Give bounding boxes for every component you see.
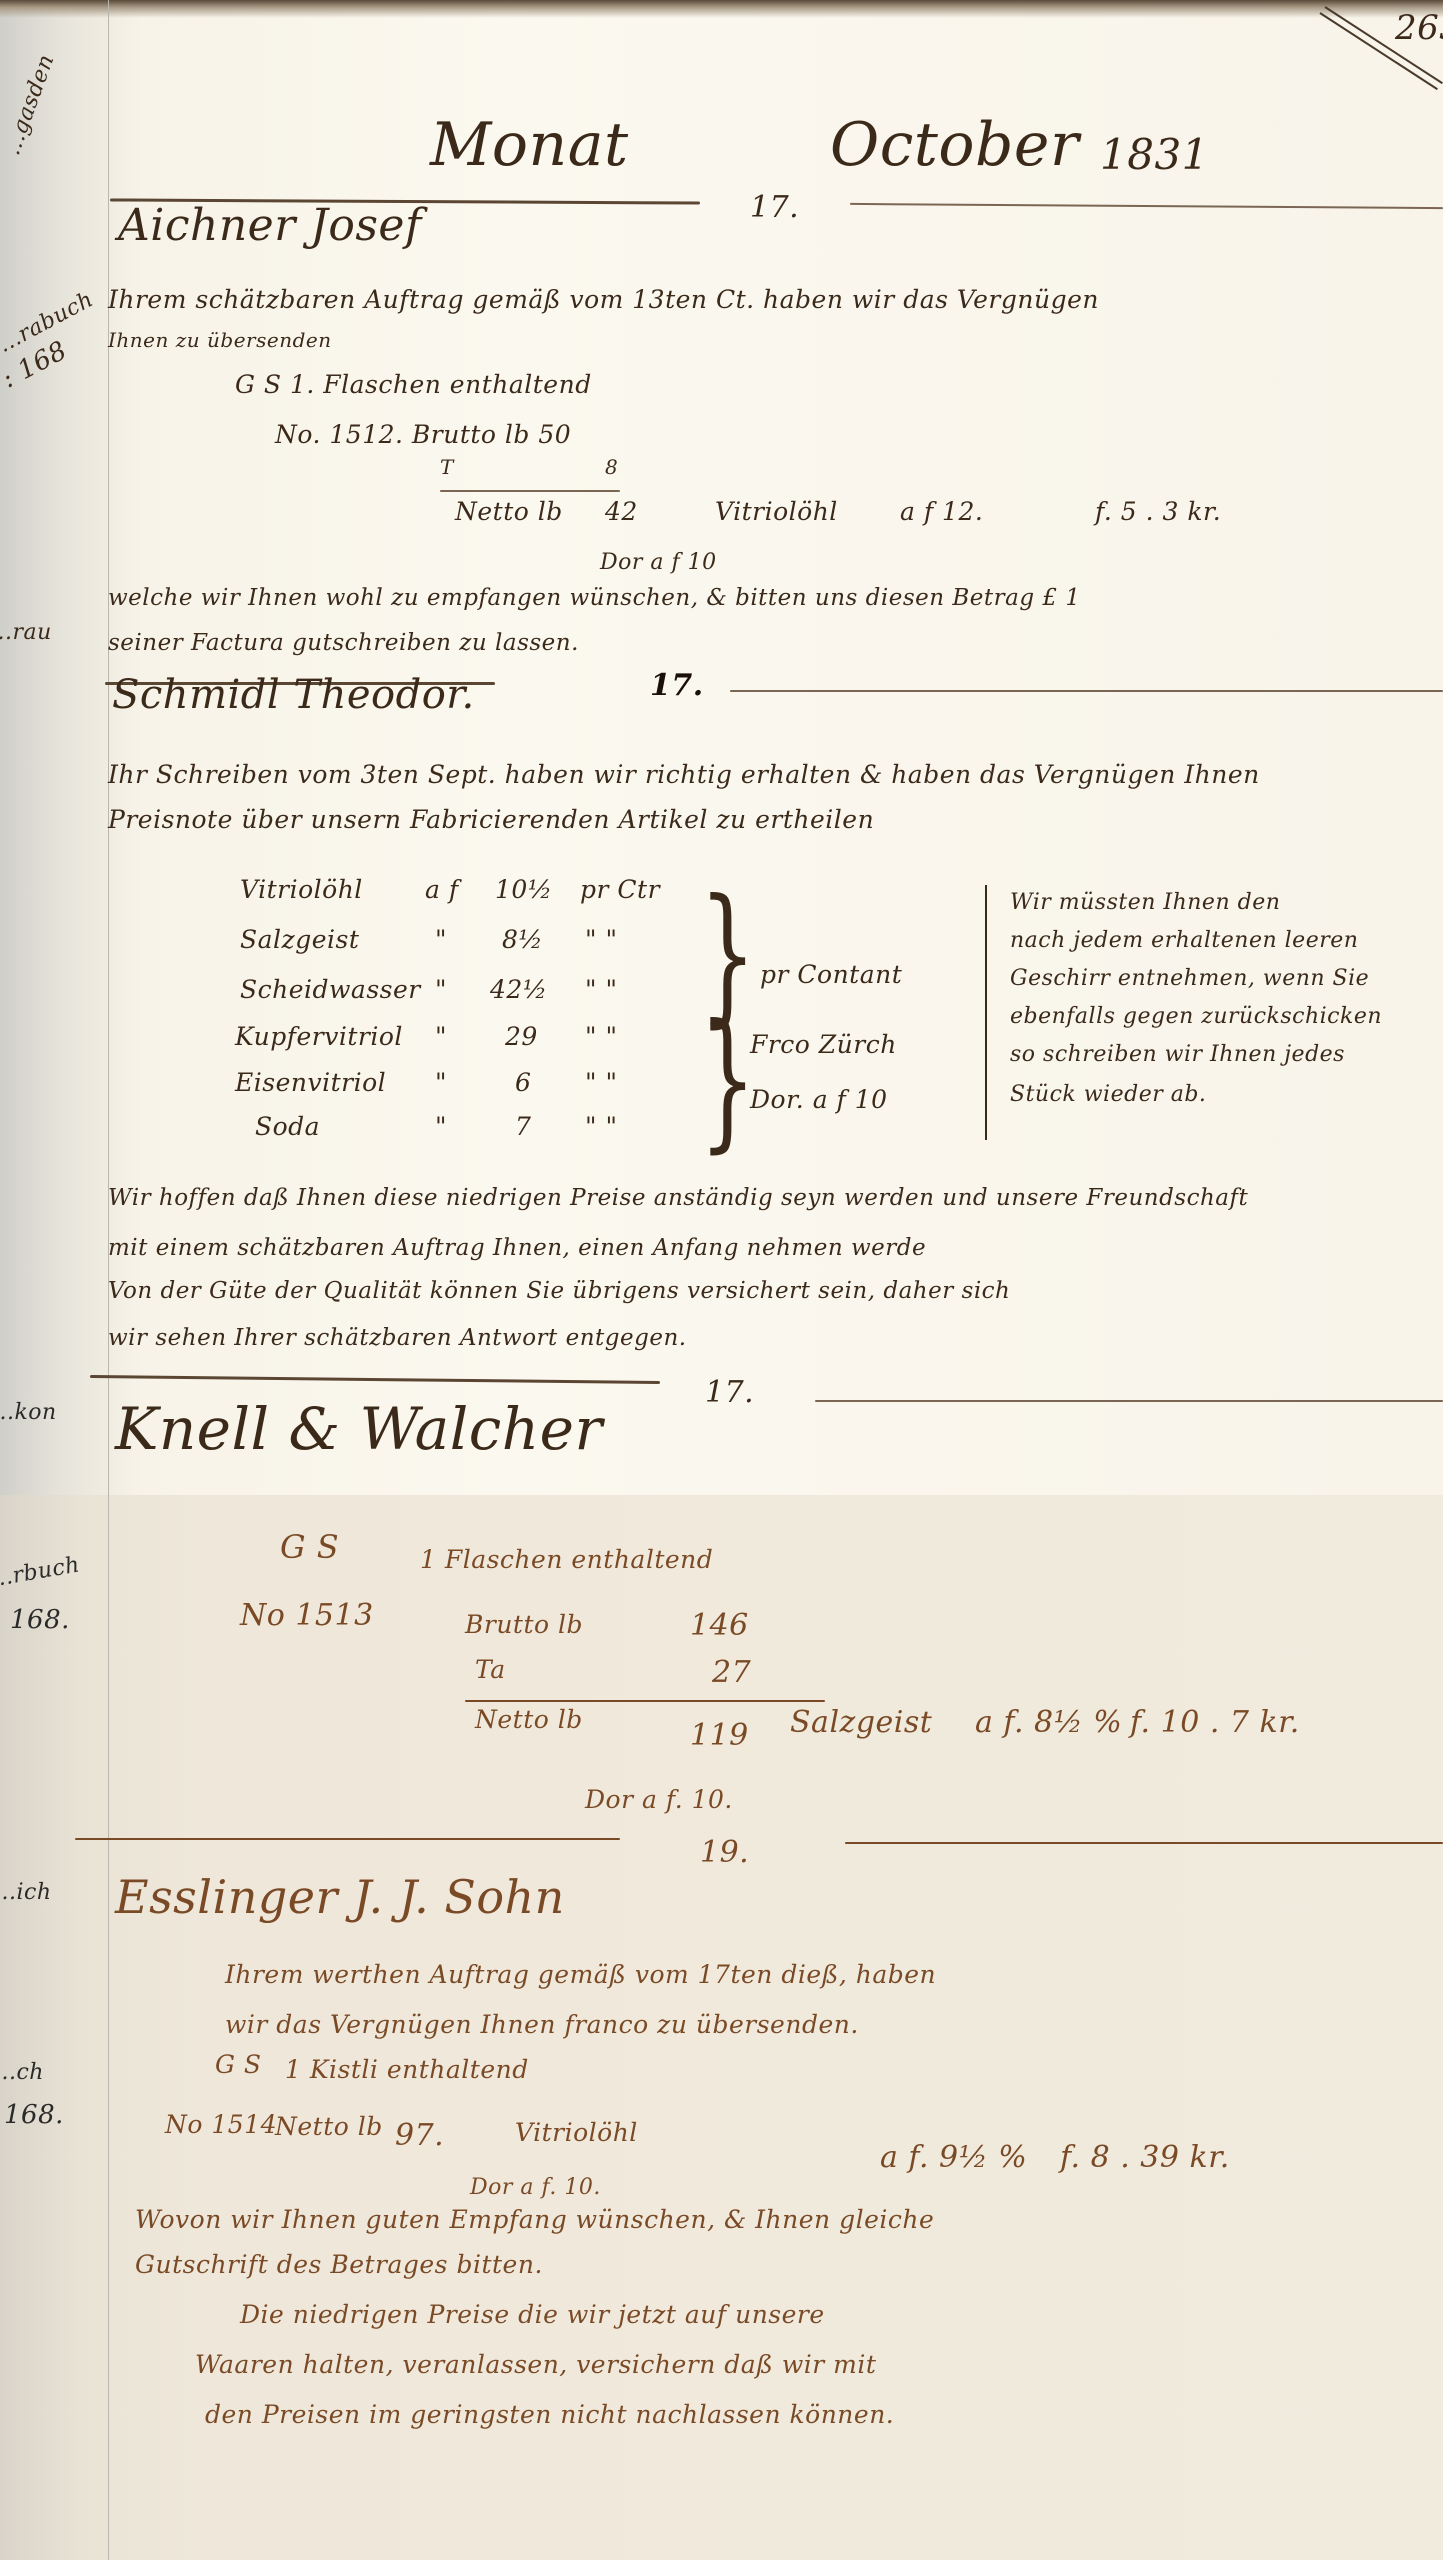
entry-name: Esslinger J. J. Sohn xyxy=(115,1870,565,1924)
price-row: Vitriolöhl a f 10½ pr Ctr xyxy=(240,875,720,913)
price-row: Scheidwasser " 42½ " " xyxy=(240,975,720,1013)
side-note-line: nach jedem erhaltenen leeren xyxy=(1010,928,1358,953)
shipment-amount: f. 8 . 39 kr. xyxy=(1060,2140,1230,2175)
entry-closing-line: seiner Factura gutschreiben zu lassen. xyxy=(108,630,579,656)
price-unit: " " xyxy=(585,1112,617,1141)
entry-name: Aichner Josef xyxy=(118,200,422,251)
shipment-rate: a f. 8½ % xyxy=(975,1705,1122,1740)
entry-body-line: Ihrem schätzbaren Auftrag gemäß vom 13te… xyxy=(108,285,1099,314)
page-number: 263 xyxy=(1395,8,1443,48)
dor-note: Dor a f. 10. xyxy=(585,1785,733,1814)
netto-label: Netto lb xyxy=(475,1705,583,1734)
entry-closing-line: Wir hoffen daß Ihnen diese niedrigen Pre… xyxy=(108,1185,1248,1211)
sum-line xyxy=(465,1700,825,1702)
dor-note: Dor a f. 10. xyxy=(470,2175,601,2200)
tara-value: 27 xyxy=(712,1655,751,1690)
price-row: Eisenvitriol " 6 " " xyxy=(240,1068,720,1106)
shipment-rate: a f 12. xyxy=(900,497,983,526)
side-note-line: so schreiben wir Ihnen jedes xyxy=(1010,1042,1345,1067)
entry-closing-line: Die niedrigen Preise die wir jetzt auf u… xyxy=(240,2300,825,2329)
shipment-number: No 1514 xyxy=(165,2110,277,2139)
price-item: Soda xyxy=(255,1112,320,1141)
shipment-container: 1 Flaschen enthaltend xyxy=(420,1545,713,1574)
margin-note: 168. xyxy=(4,2100,64,2130)
price-unit: " " xyxy=(585,1022,617,1051)
entry-closing-line: Wovon wir Ihnen guten Empfang wünschen, … xyxy=(135,2205,934,2234)
entry-divider xyxy=(75,1838,620,1840)
shipment-item: Vitriolöhl xyxy=(715,497,838,526)
header-year: 1831 xyxy=(1100,130,1209,179)
price-unit: " " xyxy=(585,975,617,1004)
entry-divider xyxy=(730,690,1443,692)
entry-closing-line: Von der Güte der Qualität können Sie übr… xyxy=(108,1278,1010,1304)
dor-note: Dor a f 10 xyxy=(600,550,717,575)
entry-closing-line: Waaren halten, veranlassen, versichern d… xyxy=(195,2350,876,2379)
entry-body-line: Ihr Schreiben vom 3ten Sept. haben wir r… xyxy=(108,760,1260,789)
price-item: Scheidwasser xyxy=(240,975,421,1004)
price-row: Salzgeist " 8½ " " xyxy=(240,925,720,963)
price-prefix: " xyxy=(435,1112,447,1141)
brace-icon: } xyxy=(699,1005,756,1155)
shipment-container: 1 Kistli enthaltend xyxy=(285,2055,529,2084)
price-value: 7 xyxy=(515,1112,531,1141)
shipment-mark: G S xyxy=(215,2050,262,2079)
side-note-line: ebenfalls gegen zurückschicken xyxy=(1010,1004,1382,1029)
entry-divider xyxy=(845,1842,1443,1844)
margin-note: ...kon xyxy=(0,1400,57,1425)
price-value: 10½ xyxy=(495,875,553,904)
tara-value: 8 xyxy=(605,455,618,479)
margin-note: ...ch xyxy=(0,2060,44,2085)
netto-label: Netto lb xyxy=(455,497,563,526)
price-item: Vitriolöhl xyxy=(240,875,363,904)
netto-value: 119 xyxy=(690,1718,749,1753)
brutto-label: Brutto lb xyxy=(465,1610,583,1639)
netto-label: Netto lb xyxy=(275,2112,383,2141)
shipment-amount: f. 10 . 7 kr. xyxy=(1130,1705,1300,1740)
delivery-term: Frco Zürch xyxy=(750,1030,897,1059)
entry-day: 17. xyxy=(750,190,799,225)
price-prefix: " xyxy=(435,1022,447,1051)
price-item: Eisenvitriol xyxy=(235,1068,386,1097)
price-row: Soda " 7 " " xyxy=(240,1112,720,1150)
shipment-amount: f. 5 . 3 kr. xyxy=(1095,497,1221,526)
shipment-number: No 1513 xyxy=(240,1598,374,1633)
tara-label: T xyxy=(440,455,454,479)
side-note-line: Stück wieder ab. xyxy=(1010,1082,1206,1107)
side-note-line: Geschirr entnehmen, wenn Sie xyxy=(1010,966,1369,991)
price-value: 29 xyxy=(505,1022,538,1051)
shipment-item: Salzgeist xyxy=(790,1705,932,1740)
price-row: Kupfervitriol " 29 " " xyxy=(240,1022,720,1060)
entry-body-line: Ihrem werthen Auftrag gemäß vom 17ten di… xyxy=(225,1960,936,1989)
price-item: Kupfervitriol xyxy=(235,1022,403,1051)
entry-day: 17. xyxy=(650,668,704,703)
header-month: October xyxy=(830,110,1079,180)
entry-body-line: Ihnen zu übersenden xyxy=(108,328,332,352)
entry-closing-line: Gutschrift des Betrages bitten. xyxy=(135,2250,543,2279)
tara-label: Ta xyxy=(475,1655,506,1684)
entry-divider xyxy=(815,1400,1443,1402)
shipment-mark: G S 1. Flaschen enthaltend xyxy=(235,370,592,399)
brutto-value: 146 xyxy=(690,1608,749,1643)
entry-name: Schmidl Theodor. xyxy=(112,672,475,718)
margin-note: 168. xyxy=(10,1605,70,1635)
price-prefix: a f xyxy=(425,875,459,904)
shipment-item: Vitriolöhl xyxy=(515,2118,638,2147)
entry-closing-line: welche wir Ihnen wohl zu empfangen wünsc… xyxy=(108,585,1080,611)
dor-note: Dor. a f 10 xyxy=(750,1085,888,1114)
side-note-line: Wir müssten Ihnen den xyxy=(1010,890,1280,915)
price-prefix: " xyxy=(435,975,447,1004)
price-unit: " " xyxy=(585,925,617,954)
entry-body-line: Preisnote über unsern Fabricierenden Art… xyxy=(108,805,874,834)
margin-note: ...ich xyxy=(0,1880,52,1905)
entry-day: 17. xyxy=(705,1375,754,1410)
entry-closing-line: mit einem schätzbaren Auftrag Ihnen, ein… xyxy=(108,1235,926,1261)
entry-closing-line: den Preisen im geringsten nicht nachlass… xyxy=(205,2400,894,2429)
entry-body-line: wir das Vergnügen Ihnen franco zu überse… xyxy=(225,2010,859,2039)
side-note-bracket xyxy=(985,885,987,1140)
price-unit: " " xyxy=(585,1068,617,1097)
entry-closing-line: wir sehen Ihrer schätzbaren Antwort entg… xyxy=(108,1325,687,1351)
entry-name: Knell & Walcher xyxy=(115,1395,603,1463)
shipment-mark: G S xyxy=(280,1528,339,1566)
price-prefix: " xyxy=(435,1068,447,1097)
header-month-word: Monat xyxy=(430,110,629,180)
price-prefix: " xyxy=(435,925,447,954)
price-value: 6 xyxy=(515,1068,531,1097)
price-item: Salzgeist xyxy=(240,925,359,954)
price-value: 8½ xyxy=(502,925,543,954)
netto-value: 97. xyxy=(395,2118,444,2153)
book-edge-shadow xyxy=(0,0,1443,18)
payment-term: pr Contant xyxy=(760,960,902,989)
price-unit: pr Ctr xyxy=(580,875,660,904)
shipment-rate: a f. 9½ % xyxy=(880,2140,1027,2175)
entry-day: 19. xyxy=(700,1835,749,1870)
margin-note: ...rau xyxy=(0,620,52,645)
shipment-number-gross: No. 1512. Brutto lb 50 xyxy=(275,420,571,449)
sum-line xyxy=(440,490,620,492)
netto-value: 42 xyxy=(605,497,638,526)
price-value: 42½ xyxy=(490,975,548,1004)
